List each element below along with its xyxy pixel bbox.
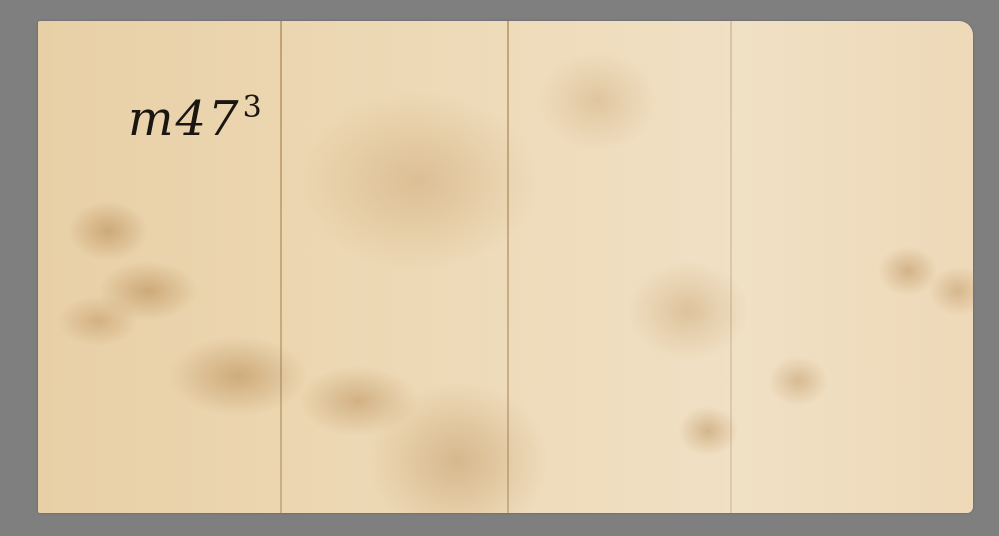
handwritten-inscription: m473 [128, 93, 264, 143]
fold-line [730, 21, 732, 513]
paper-slip: m473 [38, 21, 973, 513]
fold-line [507, 21, 509, 513]
fold-line [280, 21, 282, 513]
inscription-superscript: 3 [243, 90, 264, 125]
inscription-main: m47 [128, 91, 241, 147]
